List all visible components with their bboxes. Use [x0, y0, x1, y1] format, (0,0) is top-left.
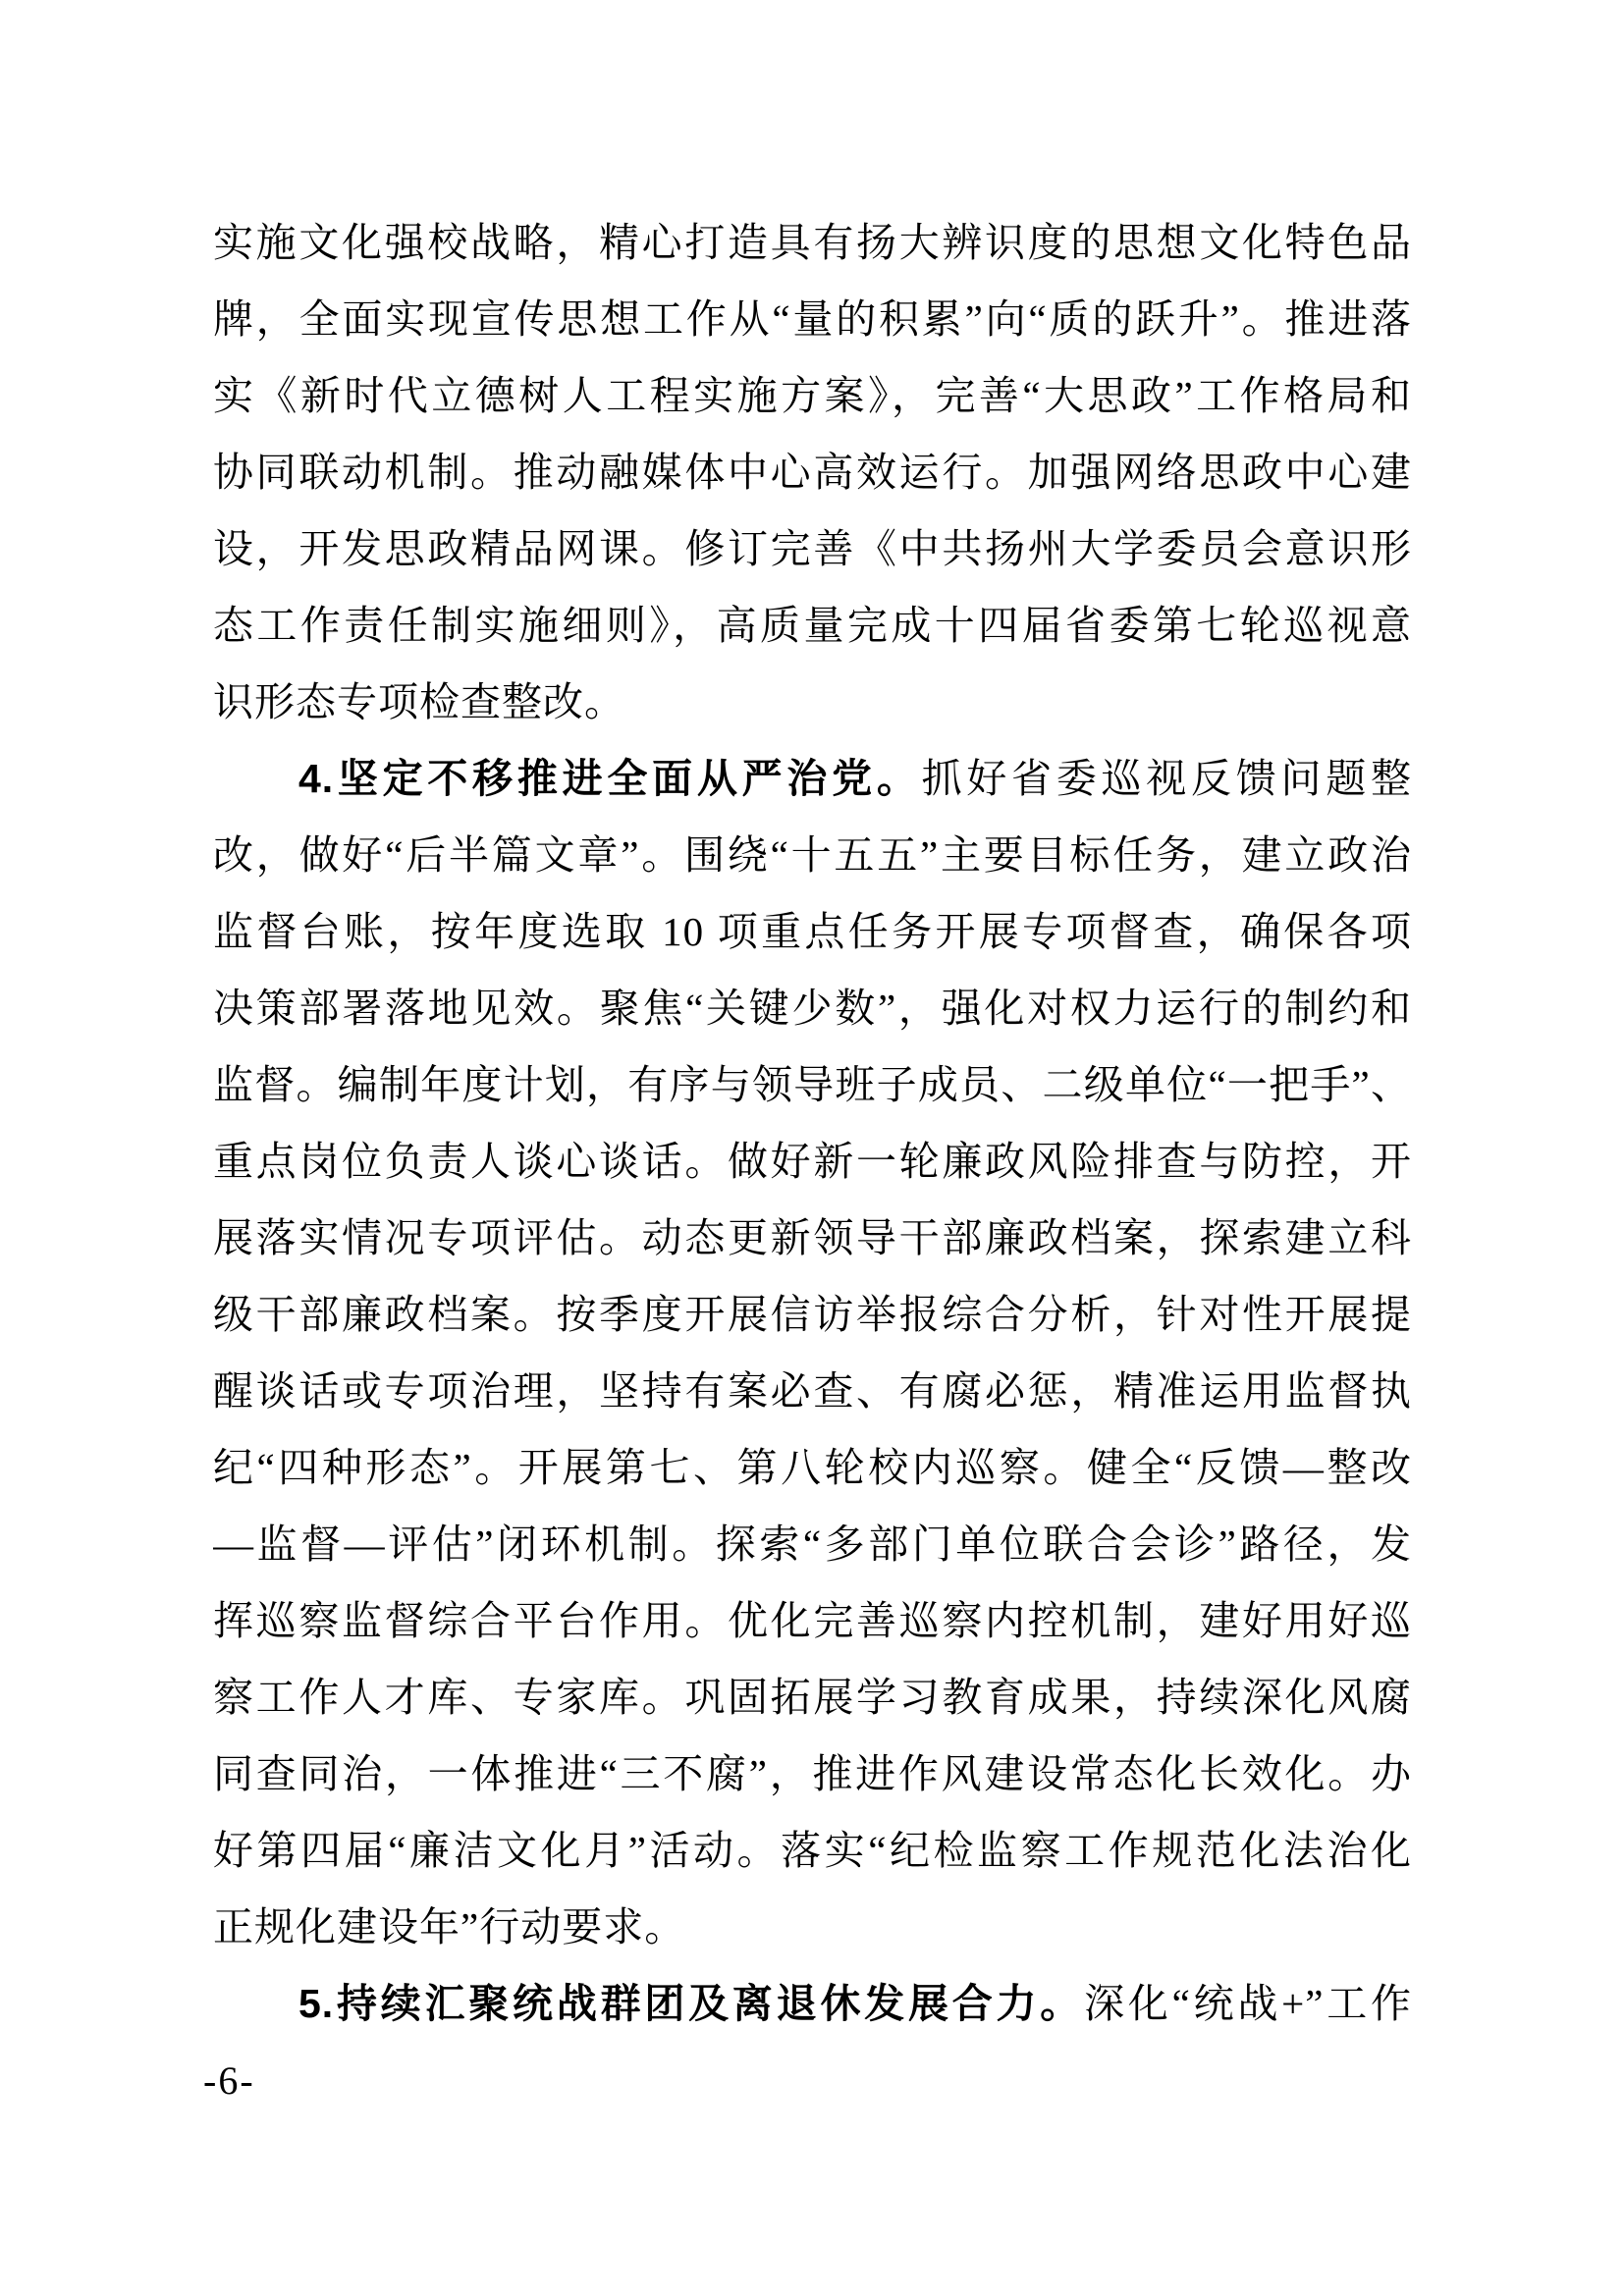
- line-text: 态工作责任制实施细则》，高质量完成十四届省委第七轮巡视意: [213, 603, 1412, 648]
- page-number: -6-: [203, 2057, 255, 2105]
- line-text: 纪“四种形态”。开展第七、第八轮校内巡察。健全“反馈—整改: [213, 1445, 1412, 1490]
- line-text: —监督—评估”闭环机制。探索“多部门单位联合会诊”路径，发: [213, 1522, 1412, 1567]
- line-text: 深化“统战+”工作: [1084, 1981, 1412, 2026]
- body-line: 察工作人才库、专家库。巩固拓展学习教育成果，持续深化风腐: [213, 1659, 1412, 1735]
- body-line: 协同联动机制。推动融媒体中心高效运行。加强网络思政中心建: [213, 434, 1412, 510]
- body-line: 改，做好“后半篇文章”。围绕“十五五”主要目标任务，建立政治: [213, 817, 1412, 893]
- line-text: 改，做好“后半篇文章”。围绕“十五五”主要目标任务，建立政治: [213, 832, 1412, 878]
- body-line: 挥巡察监督综合平台作用。优化完善巡察内控机制，建好用好巡: [213, 1582, 1412, 1659]
- line-text: 展落实情况专项评估。动态更新领导干部廉政档案，探索建立科: [213, 1215, 1412, 1260]
- line-text: 同查同治，一体推进“三不腐”，推进作风建设常态化长效化。办: [213, 1751, 1412, 1796]
- document-body: 实施文化强校战略，精心打造具有扬大辨识度的思想文化特色品 牌，全面实现宣传思想工…: [213, 204, 1412, 2042]
- body-line: 实《新时代立德树人工程实施方案》，完善“大思政”工作格局和: [213, 357, 1412, 434]
- body-line: 展落实情况专项评估。动态更新领导干部廉政档案，探索建立科: [213, 1200, 1412, 1276]
- body-line: —监督—评估”闭环机制。探索“多部门单位联合会诊”路径，发: [213, 1506, 1412, 1582]
- line-text: 协同联动机制。推动融媒体中心高效运行。加强网络思政中心建: [213, 450, 1412, 495]
- body-line: 正规化建设年”行动要求。: [213, 1889, 1412, 1965]
- line-text: 决策部署落地见效。聚焦“关键少数”，强化对权力运行的制约和: [213, 986, 1412, 1031]
- paragraph-4-heading: 4.坚定不移推进全面从严治党。: [298, 756, 922, 801]
- body-line: 识形态专项检查整改。: [213, 664, 1412, 740]
- line-text: 正规化建设年”行动要求。: [213, 1904, 685, 1949]
- body-line: 态工作责任制实施细则》，高质量完成十四届省委第七轮巡视意: [213, 587, 1412, 664]
- line-text: 醒谈话或专项治理，坚持有案必查、有腐必惩，精准运用监督执: [213, 1368, 1412, 1414]
- body-line: 醒谈话或专项治理，坚持有案必查、有腐必惩，精准运用监督执: [213, 1353, 1412, 1429]
- line-text: 好第四届“廉洁文化月”活动。落实“纪检监察工作规范化法治化: [213, 1828, 1412, 1873]
- body-line: 好第四届“廉洁文化月”活动。落实“纪检监察工作规范化法治化: [213, 1812, 1412, 1889]
- body-line: 级干部廉政档案。按季度开展信访举报综合分析，针对性开展提: [213, 1276, 1412, 1353]
- line-text: 抓好省委巡视反馈问题整: [922, 756, 1412, 801]
- line-text: 监督。编制年度计划，有序与领导班子成员、二级单位“一把手”、: [213, 1062, 1412, 1107]
- line-text: 监督台账，按年度选取 10 项重点任务开展专项督查，确保各项: [213, 909, 1412, 954]
- body-line: 牌，全面实现宣传思想工作从“量的积累”向“质的跃升”。推进落: [213, 281, 1412, 357]
- body-line-paragraph-5: 5.持续汇聚统战群团及离退休发展合力。深化“统战+”工作: [213, 1965, 1412, 2042]
- line-text: 察工作人才库、专家库。巩固拓展学习教育成果，持续深化风腐: [213, 1675, 1412, 1720]
- body-line: 重点岗位负责人谈心谈话。做好新一轮廉政风险排查与防控，开: [213, 1123, 1412, 1200]
- body-line-paragraph-4: 4.坚定不移推进全面从严治党。抓好省委巡视反馈问题整: [213, 740, 1412, 817]
- body-line: 决策部署落地见效。聚焦“关键少数”，强化对权力运行的制约和: [213, 970, 1412, 1046]
- line-text: 重点岗位负责人谈心谈话。做好新一轮廉政风险排查与防控，开: [213, 1139, 1412, 1184]
- line-text: 挥巡察监督综合平台作用。优化完善巡察内控机制，建好用好巡: [213, 1598, 1412, 1643]
- paragraph-5-heading: 5.持续汇聚统战群团及离退休发展合力。: [298, 1981, 1084, 2026]
- body-line: 监督台账，按年度选取 10 项重点任务开展专项督查，确保各项: [213, 893, 1412, 970]
- line-text: 设，开发思政精品网课。修订完善《中共扬州大学委员会意识形: [213, 526, 1412, 571]
- line-text: 牌，全面实现宣传思想工作从“量的积累”向“质的跃升”。推进落: [213, 296, 1412, 342]
- body-line: 监督。编制年度计划，有序与领导班子成员、二级单位“一把手”、: [213, 1046, 1412, 1123]
- body-line: 实施文化强校战略，精心打造具有扬大辨识度的思想文化特色品: [213, 204, 1412, 281]
- document-page: 实施文化强校战略，精心打造具有扬大辨识度的思想文化特色品 牌，全面实现宣传思想工…: [0, 0, 1624, 2296]
- line-text: 实《新时代立德树人工程实施方案》，完善“大思政”工作格局和: [213, 373, 1412, 418]
- body-line: 纪“四种形态”。开展第七、第八轮校内巡察。健全“反馈—整改: [213, 1429, 1412, 1506]
- line-text: 识形态专项检查整改。: [213, 679, 625, 724]
- body-line: 设，开发思政精品网课。修订完善《中共扬州大学委员会意识形: [213, 510, 1412, 587]
- line-text: 级干部廉政档案。按季度开展信访举报综合分析，针对性开展提: [213, 1292, 1412, 1337]
- line-text: 实施文化强校战略，精心打造具有扬大辨识度的思想文化特色品: [213, 220, 1412, 265]
- body-line: 同查同治，一体推进“三不腐”，推进作风建设常态化长效化。办: [213, 1735, 1412, 1812]
